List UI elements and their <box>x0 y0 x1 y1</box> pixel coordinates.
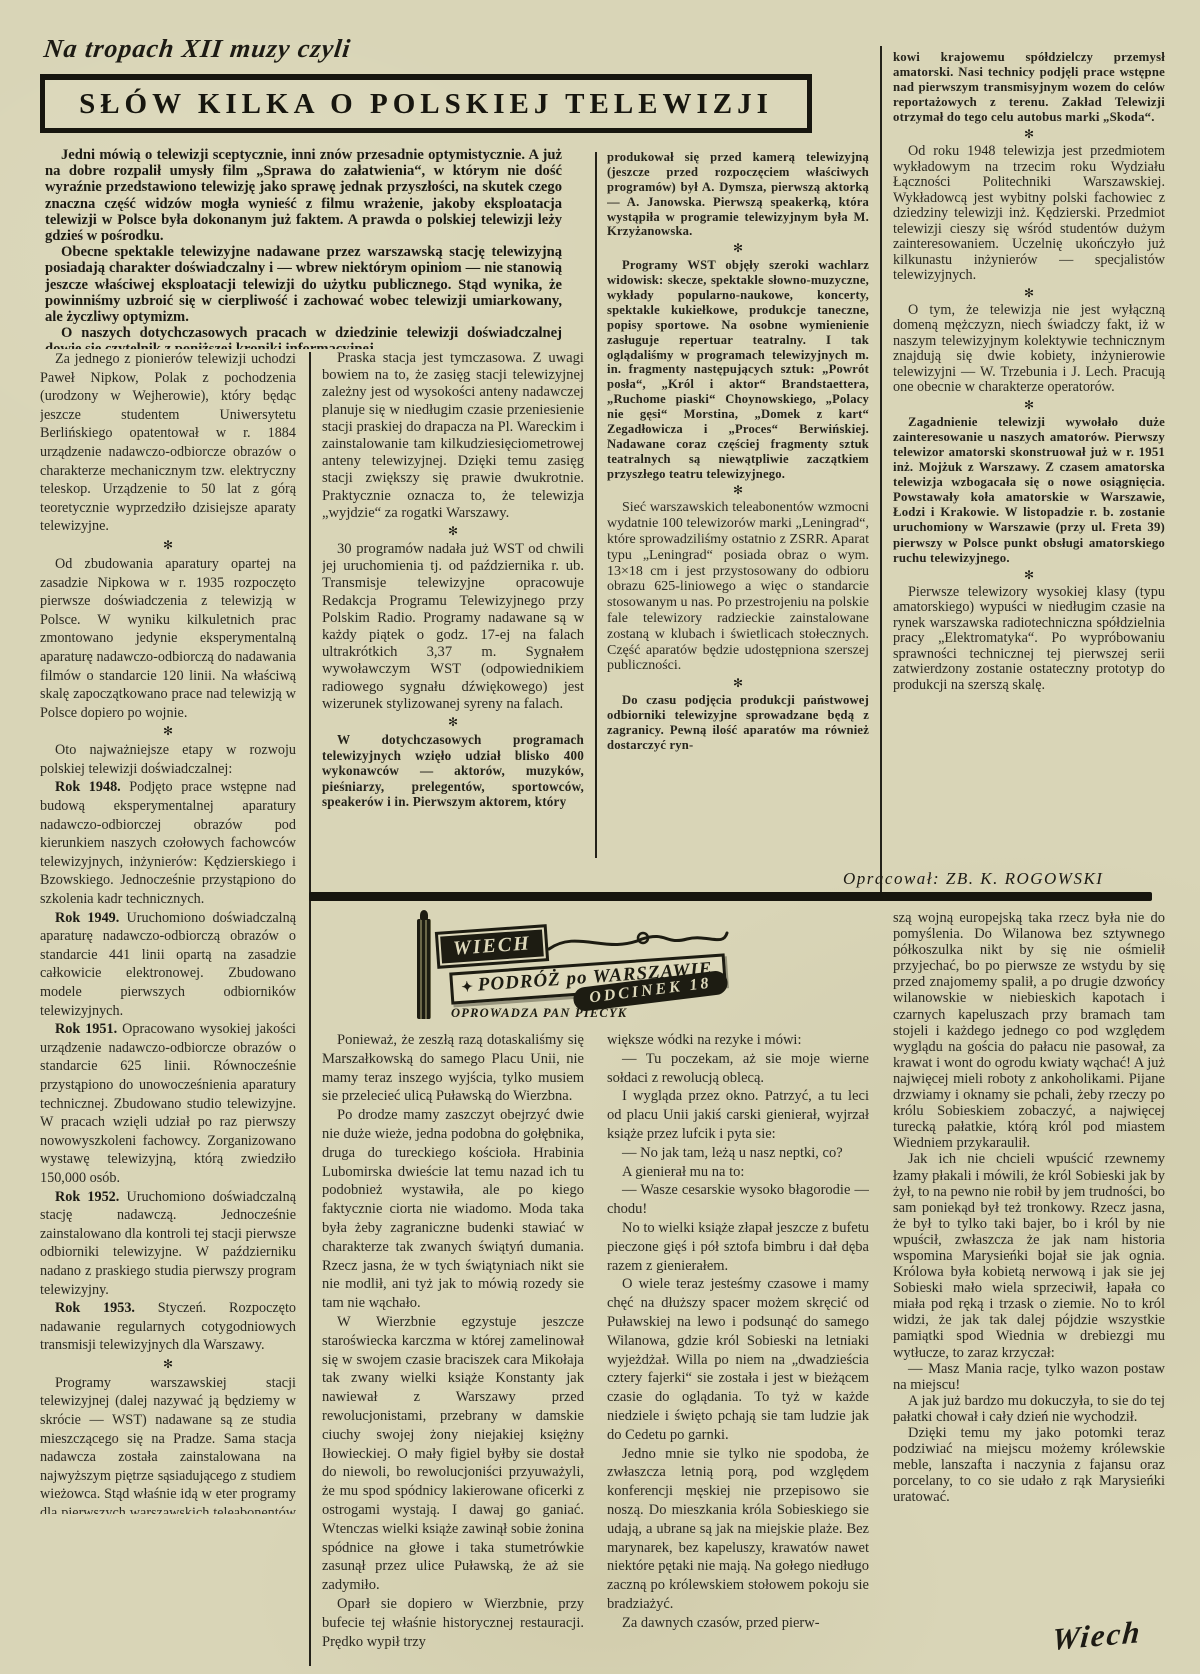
author-signature: Wiech <box>1051 1614 1144 1658</box>
article1-column-1: Za jednego z pionierów telewizji uchodzi… <box>40 350 296 1514</box>
section-divider-star: ✻ <box>322 522 584 541</box>
paragraph: Oparł sie dopiero w Wierzbnie, przy bufe… <box>322 1595 584 1651</box>
paragraph: O naszych dotychczasowych pracach w dzie… <box>45 325 562 349</box>
article1-column-3: produkował się przed kamerą telewizyjną … <box>607 150 869 862</box>
paragraph: — No jak tam, leżą u nasz neptki, co? <box>607 1144 869 1163</box>
paragraph: — Masz Mania racje, tylko wazon postaw n… <box>893 1361 1165 1393</box>
lead-section: Jedni mówią o telewizji sceptycznie, inn… <box>45 147 562 349</box>
paragraph: Jedno mnie sie tylko nie spodoba, że zwł… <box>607 1445 869 1614</box>
column-divider-rule <box>595 152 597 858</box>
paragraph: Programy WST objęły szeroki wachlarz wid… <box>607 258 869 481</box>
paragraph: Od roku 1948 telewizja jest przedmiotem … <box>893 144 1165 284</box>
paragraph: Praska stacja jest tymczasowa. Z uwagi b… <box>322 350 584 522</box>
section-divider-star: ✻ <box>893 396 1165 415</box>
paragraph: Jedni mówią o telewizji sceptycznie, inn… <box>45 147 562 244</box>
section-divider-star: ✻ <box>40 536 296 555</box>
paragraph: — Wasze cesarskie wysoko błagorodie — ch… <box>607 1181 869 1219</box>
paragraph: Rok 1952. Uruchomiono doświadczalną stac… <box>40 1188 296 1300</box>
section-divider-star: ✻ <box>893 284 1165 303</box>
byline: Opracował: ZB. K. ROGOWSKI <box>843 869 1165 889</box>
paragraph: Programy warszawskiej stacji telewizyjne… <box>40 1374 296 1514</box>
paragraph: kowi krajowemu spółdzielczy przemysł ama… <box>893 50 1165 125</box>
article2-column-1: Ponieważ, że zeszłą razą dotaskaliśmy si… <box>322 1031 584 1673</box>
section-divider-star: ✻ <box>40 1355 296 1374</box>
paragraph: Jak ich nie chcieli wpuścić rzewnemy łza… <box>893 1151 1165 1360</box>
paragraph: produkował się przed kamerą telewizyjną … <box>607 150 869 239</box>
paragraph-lead-in: Rok 1952. <box>55 1189 127 1205</box>
section-divider-star: ✻ <box>607 674 869 693</box>
paragraph: szą wojną europejską taka rzecz była nie… <box>893 910 1165 1151</box>
paragraph: — Tu poczekam, aż sie moje wierne sołdac… <box>607 1050 869 1088</box>
column-divider-rule <box>880 46 882 892</box>
section-divider-rule <box>309 892 1152 901</box>
paragraph: O wiele teraz jesteśmy czasowe i mamy ch… <box>607 1275 869 1444</box>
paragraph: Obecne spektakle telewizyjne nadawane pr… <box>45 244 562 325</box>
section-divider-star: ✻ <box>607 481 869 500</box>
paragraph: Oto najważniejsze etapy w rozwoju polski… <box>40 741 296 778</box>
paragraph: A jak już bardzo mu dokuczyła, to sie do… <box>893 1393 1165 1425</box>
paragraph-lead-in: Rok 1953. <box>55 1300 158 1316</box>
paragraph: A gienierał mu na to: <box>607 1163 869 1182</box>
feature-banner-illustration: WIECH ✦PODRÓŻ po WARSZAWIE ODCINEK 18 OP… <box>405 913 740 1025</box>
banner-subtitle: OPROWADZA PAN PIECYK <box>451 1006 627 1021</box>
article1-column-4: kowi krajowemu spółdzielczy przemysł ama… <box>893 50 1165 868</box>
paragraph: 30 programów nadała już WST od chwili je… <box>322 541 584 713</box>
section-divider-star: ✻ <box>40 722 296 741</box>
kicker: Na tropach XII muzy czyli <box>42 34 352 64</box>
paragraph-lead-in: Rok 1948. <box>55 779 129 795</box>
paragraph: Od zbudowania aparatury opartej na zasad… <box>40 555 296 722</box>
section-divider-star: ✻ <box>893 125 1165 144</box>
paragraph: Rok 1951. Opracowano wysokiej jakości ur… <box>40 1020 296 1187</box>
paragraph-lead-in: Rok 1949. <box>55 910 127 926</box>
paragraph: W Wierzbnie egzystuje jeszcze staroświec… <box>322 1313 584 1595</box>
paragraph-lead-in: Rok 1951. <box>55 1021 122 1037</box>
article2-column-3: szą wojną europejską taka rzecz była nie… <box>893 910 1165 1618</box>
paragraph: I wygląda przez okno. Patrzyć, a tu leci… <box>607 1087 869 1143</box>
section-divider-star: ✻ <box>322 713 584 732</box>
paragraph: O tym, że telewizja nie jest wyłączną do… <box>893 303 1165 396</box>
signpost-illustration <box>417 919 431 1019</box>
paragraph: Po drodze mamy zaszczyt obejrzyć dwie ni… <box>322 1106 584 1313</box>
headline-box: SŁÓW KILKA O POLSKIEJ TELEWIZJI <box>40 74 812 133</box>
paragraph: Zagadnienie telewizji wywołało duże zain… <box>893 415 1165 566</box>
newspaper-page: Na tropach XII muzy czyli SŁÓW KILKA O P… <box>0 0 1200 1674</box>
diamond-icon: ✦ <box>461 980 475 996</box>
paragraph: Rok 1953. Styczeń. Rozpoczęto nadawanie … <box>40 1299 296 1355</box>
paragraph: Ponieważ, że zeszłą razą dotaskaliśmy si… <box>322 1031 584 1106</box>
paragraph: No to wielki książe złapał jeszcze z buf… <box>607 1219 869 1275</box>
paragraph: Rok 1949. Uruchomiono doświadczalną apar… <box>40 909 296 1021</box>
column-divider-rule <box>309 352 311 1666</box>
headline: SŁÓW KILKA O POLSKIEJ TELEWIZJI <box>79 88 773 121</box>
paragraph: Do czasu podjęcia produkcji państwowej o… <box>607 693 869 753</box>
section-divider-star: ✻ <box>893 566 1165 585</box>
article2-column-2: większe wódki na rezyke i mówi:— Tu pocz… <box>607 1031 869 1673</box>
paragraph: Za jednego z pionierów telewizji uchodzi… <box>40 350 296 536</box>
paragraph: W dotychczasowych programach telewizyjny… <box>322 732 584 810</box>
article1-column-2: Praska stacja jest tymczasowa. Z uwagi b… <box>322 350 584 860</box>
banner-author-sign: WIECH <box>438 927 546 965</box>
paragraph: Rok 1948. Podjęto prace wstępne nad budo… <box>40 778 296 908</box>
section-divider-star: ✻ <box>607 239 869 258</box>
paragraph: Sieć warszawskich teleabonentów wzmocni … <box>607 500 869 674</box>
paragraph: Dzięki temu my jako potomki teraz podziw… <box>893 1425 1165 1505</box>
paragraph: większe wódki na rezyke i mówi: <box>607 1031 869 1050</box>
paragraph: Za dawnych czasów, przed pierw- <box>607 1614 869 1633</box>
paragraph: Pierwsze telewizory wysokiej klasy (typu… <box>893 585 1165 694</box>
